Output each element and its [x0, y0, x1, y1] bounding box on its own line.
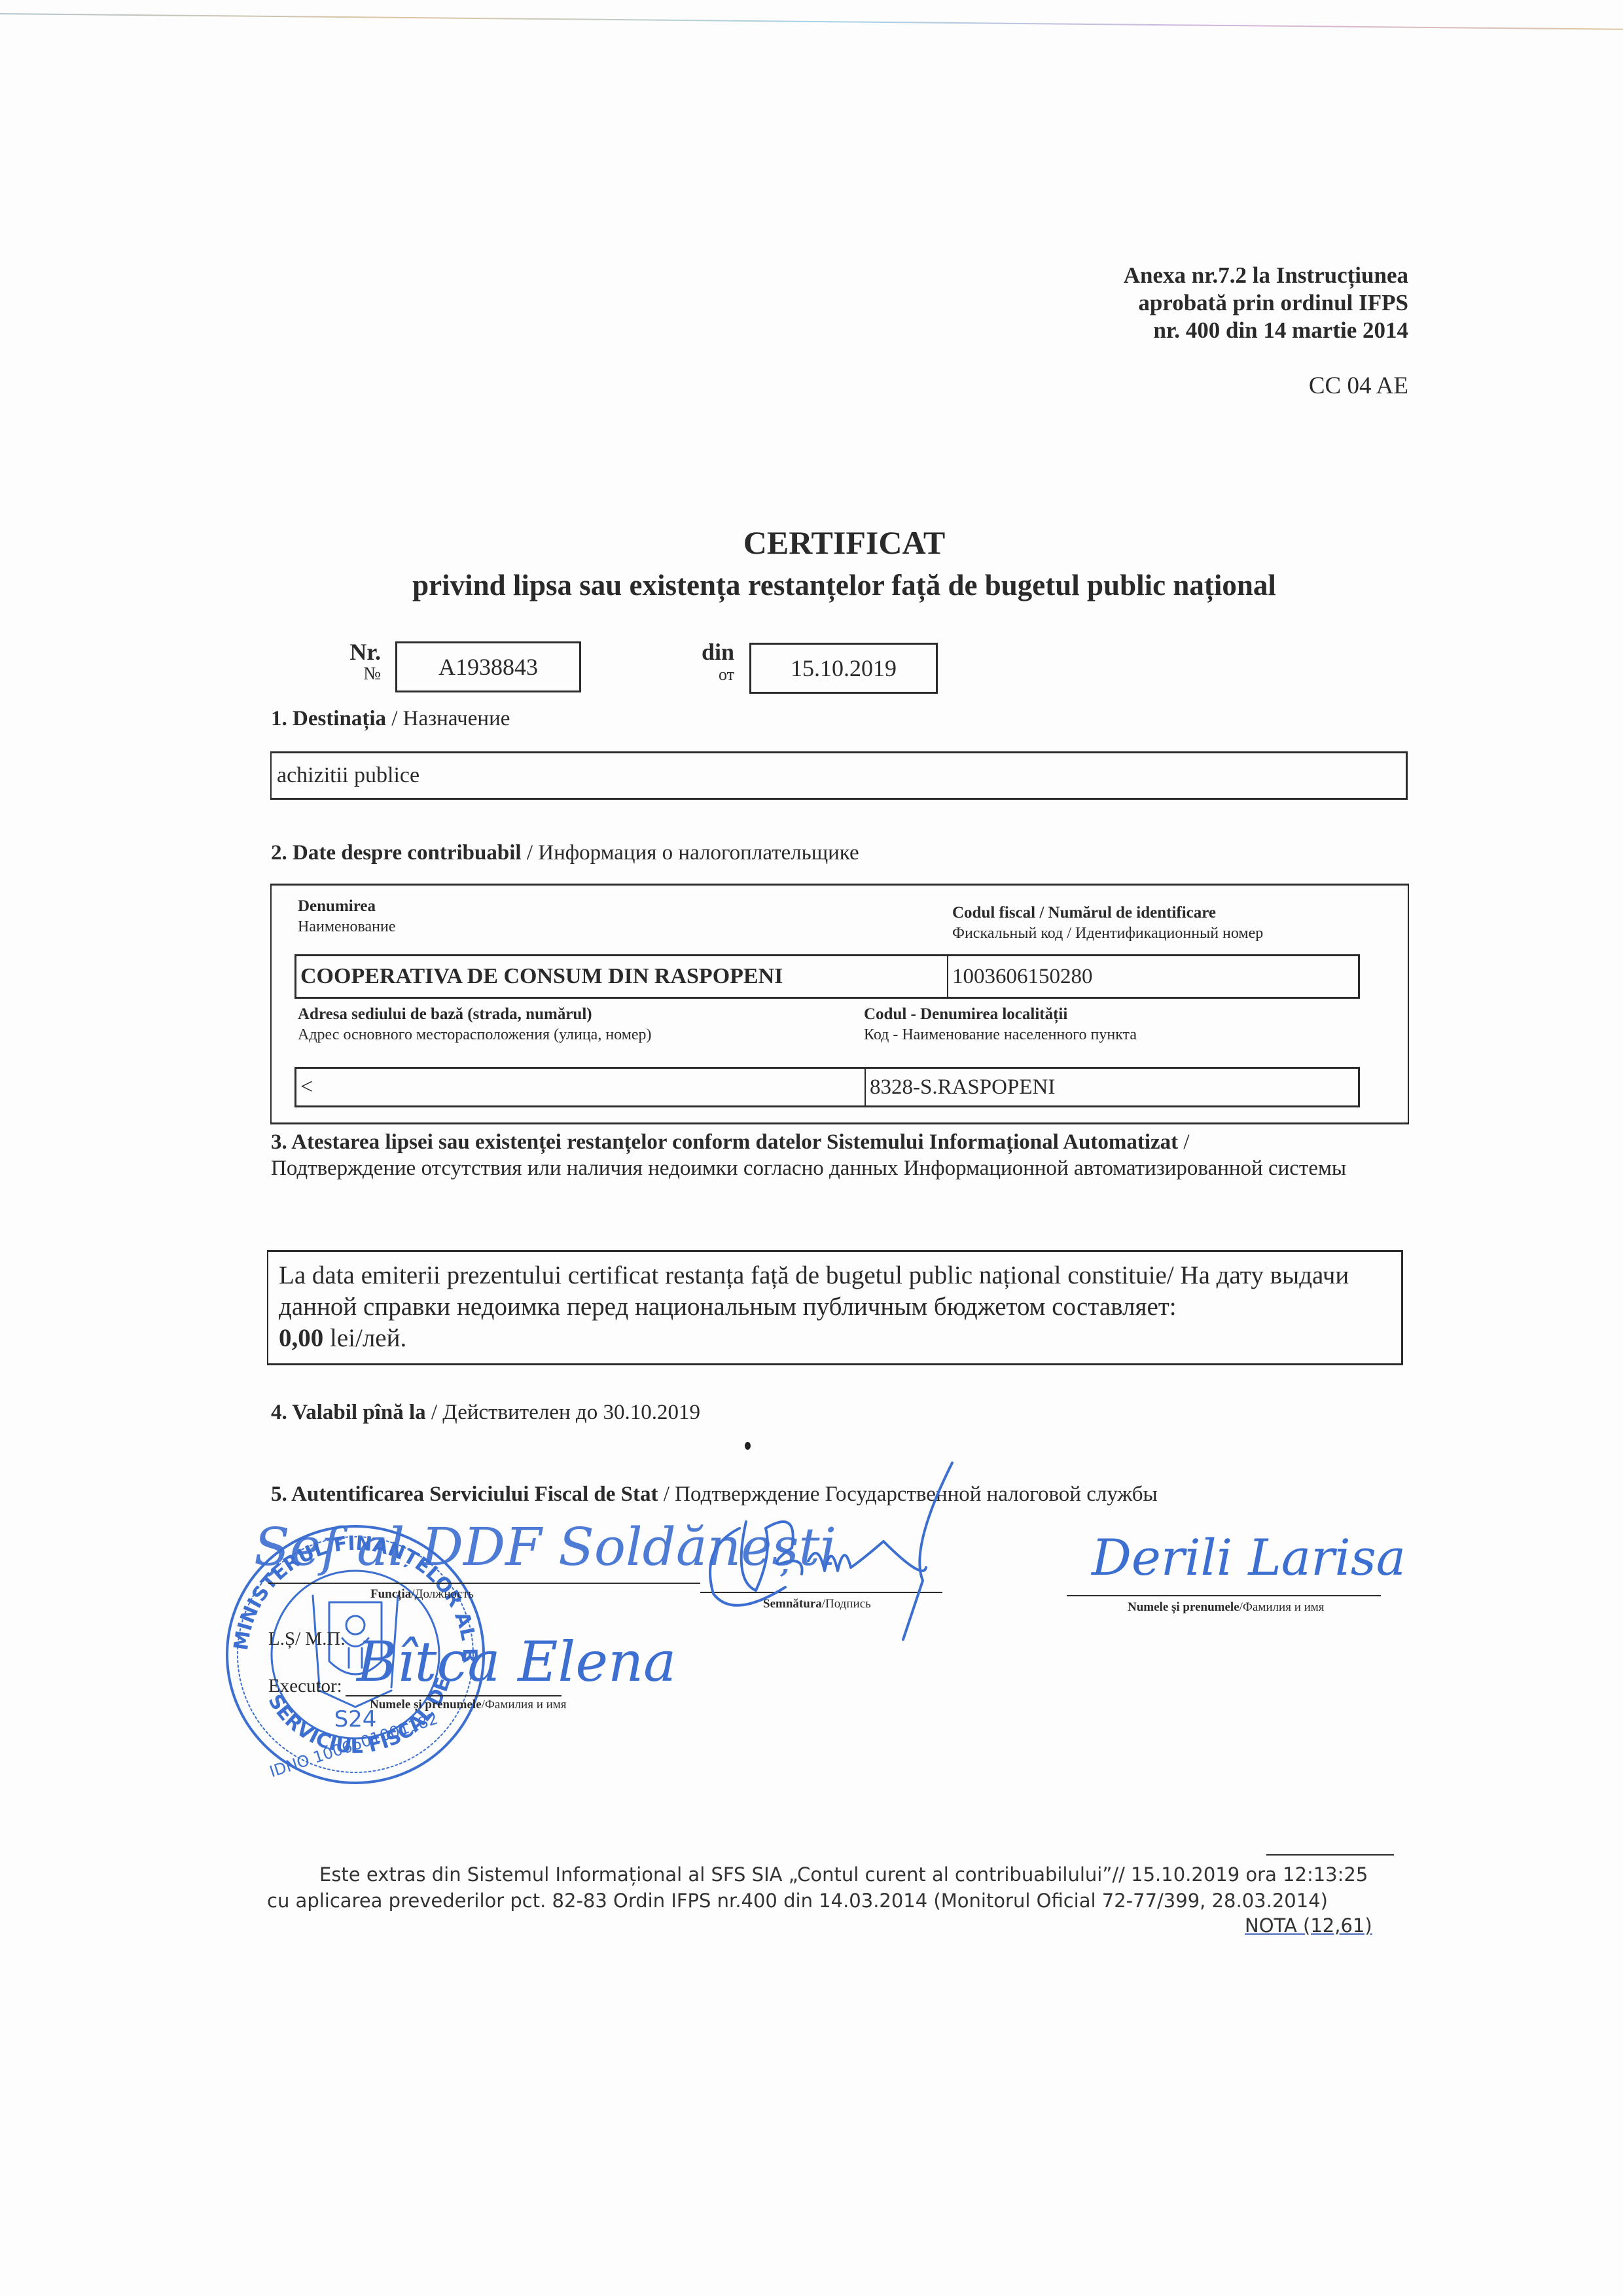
- executor-label: Executor:: [268, 1676, 342, 1697]
- section-4-validity: 4. Valabil pînă la / Действителен до 30.…: [271, 1401, 700, 1425]
- date-label-ro: din: [687, 640, 734, 664]
- name-line: [1067, 1595, 1381, 1596]
- section-3-heading-sep: /: [1178, 1130, 1189, 1154]
- section-1-heading-ru: / Назначение: [386, 707, 510, 730]
- number-label-ro: Nr.: [340, 640, 381, 664]
- address-label-ro: Adresa sediului de bază (strada, numărul…: [298, 1005, 652, 1024]
- section-3-heading: 3. Atestarea lipsei sau existenței resta…: [271, 1129, 1403, 1181]
- fiscal-code-label-ro: Codul fiscal / Numărul de identificare: [952, 903, 1263, 923]
- document-subtitle: privind lipsa sau existența restanțelor …: [0, 568, 1623, 602]
- footer-legal-line: cu aplicarea prevederilor pct. 82-83 Ord…: [267, 1888, 1328, 1913]
- fiscal-code-value: 1003606150280: [947, 956, 1358, 997]
- fiscal-code-label-ru: Фискальный код / Идентификационный номер: [952, 923, 1263, 944]
- section-2-heading-ro: 2. Date despre contribuabil: [271, 841, 522, 865]
- locality-value: 8328-S.RASPOPENI: [865, 1069, 1358, 1105]
- arrears-statement: La data emiterii prezentului certificat …: [279, 1261, 1349, 1321]
- ink-dot: [745, 1442, 751, 1450]
- footer-divider: [1266, 1854, 1394, 1856]
- function-line: [268, 1583, 700, 1584]
- address-label-ru: Адрес основного месторасположения (улица…: [298, 1024, 652, 1045]
- annex-reference: Anexa nr.7.2 la Instrucțiunea aprobată p…: [1124, 262, 1408, 344]
- arrears-currency: lei/лей.: [323, 1324, 406, 1352]
- scan-artifact-line: [0, 13, 1623, 30]
- seal-place-label: L.Ș/ М.П.: [268, 1628, 346, 1650]
- section-3-heading-ru: Подтверждение отсутствия или наличия нед…: [271, 1157, 1346, 1180]
- signature-scribble-icon: [694, 1450, 988, 1646]
- certificate-number-field: A1938843: [395, 641, 581, 692]
- annex-line: nr. 400 din 14 martie 2014: [1124, 317, 1408, 344]
- arrears-result-box: La data emiterii prezentului certificat …: [267, 1250, 1403, 1365]
- document-title: CERTIFICAT: [0, 524, 1623, 562]
- name-label-ru: /Фамилия и имя: [1240, 1600, 1325, 1614]
- footer-extract-line: Este extras din Sistemul Informațional a…: [319, 1862, 1368, 1887]
- section-2-heading: 2. Date despre contribuabil / Информация…: [271, 841, 859, 865]
- name-label: Denumirea Наименование: [298, 897, 396, 937]
- section-1-heading-ro: 1. Destinația: [271, 707, 386, 730]
- executor-name-label: Numele și prenumele/Фамилия и имя: [370, 1698, 567, 1712]
- locality-label-ru: Код - Наименование населенного пункта: [864, 1024, 1137, 1045]
- number-label-ru: №: [340, 664, 381, 685]
- executor-name-label-ru: /Фамилия и имя: [482, 1698, 567, 1712]
- date-label: din от: [687, 640, 734, 686]
- handwritten-executor: Bîtca Elena: [357, 1630, 676, 1694]
- form-code: CC 04 AE: [1309, 372, 1408, 400]
- section-4-heading-ru: / Действителен до 30.10.2019: [426, 1401, 700, 1424]
- annex-line: aprobată prin ordinul IFPS: [1124, 289, 1408, 317]
- name-label-ru: Наименование: [298, 916, 396, 937]
- destination-field: achizitii publice: [270, 751, 1408, 800]
- address-value: <: [296, 1069, 865, 1105]
- name-label-ro: Denumirea: [298, 897, 396, 916]
- handwritten-name: Derili Larisa: [1092, 1528, 1406, 1587]
- annex-line: Anexa nr.7.2 la Instrucțiunea: [1124, 262, 1408, 289]
- name-label: Numele și prenumele/Фамилия и имя: [1128, 1600, 1325, 1615]
- number-label: Nr. №: [340, 640, 381, 685]
- function-label-ru: /Должность: [411, 1587, 474, 1601]
- section-4-heading-ro: 4. Valabil pînă la: [271, 1401, 426, 1424]
- section-3-heading-ro: 3. Atestarea lipsei sau existenței resta…: [271, 1130, 1178, 1154]
- executor-name-label-ro: Numele și prenumele: [370, 1698, 482, 1712]
- locality-label-ro: Codul - Denumirea localității: [864, 1005, 1137, 1024]
- locality-label: Codul - Denumirea localității Код - Наим…: [864, 1005, 1137, 1045]
- name-label-ro: Numele și prenumele: [1128, 1600, 1240, 1614]
- section-5-heading-ro: 5. Autentificarea Serviciului Fiscal de …: [271, 1482, 658, 1506]
- function-label-ro: Funcția: [370, 1587, 411, 1601]
- taxpayer-name-value: COOPERATIVA DE CONSUM DIN RASPOPENI: [296, 956, 947, 997]
- address-label: Adresa sediului de bază (strada, numărul…: [298, 1005, 652, 1045]
- function-label: Funcția/Должность: [370, 1587, 474, 1602]
- executor-line: [346, 1695, 562, 1696]
- certificate-date-field: 15.10.2019: [749, 643, 938, 694]
- section-2-heading-ru: / Информация о налогоплательщике: [522, 841, 859, 865]
- section-1-heading: 1. Destinația / Назначение: [271, 707, 510, 731]
- address-row: < 8328-S.RASPOPENI: [294, 1067, 1360, 1107]
- taxpayer-name-row: COOPERATIVA DE CONSUM DIN RASPOPENI 1003…: [294, 954, 1360, 999]
- arrears-amount: 0,00: [279, 1324, 323, 1352]
- nota-link[interactable]: NOTA (12,61): [1245, 1914, 1372, 1937]
- date-label-ru: от: [687, 664, 734, 686]
- fiscal-code-label: Codul fiscal / Numărul de identificare Ф…: [952, 903, 1263, 944]
